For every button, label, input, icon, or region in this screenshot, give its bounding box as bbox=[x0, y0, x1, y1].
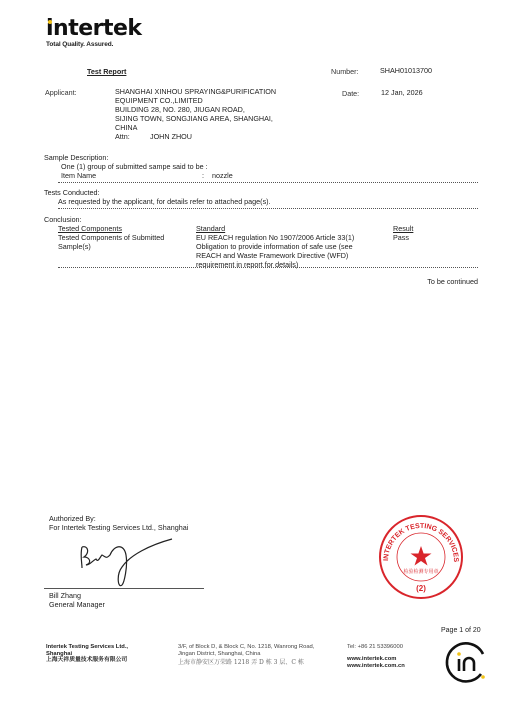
divider bbox=[58, 208, 478, 209]
sample-heading: Sample Description: bbox=[44, 153, 108, 162]
signatory-name: Bill Zhang bbox=[49, 591, 81, 600]
result-cell: Pass bbox=[393, 233, 453, 242]
divider bbox=[58, 182, 478, 183]
column-header-standard: Standard bbox=[196, 224, 396, 233]
logo-text: intertek bbox=[46, 16, 142, 41]
applicant-line: EQUIPMENT CO.,LIMITED bbox=[115, 96, 276, 105]
applicant-address: SHANGHAI XINHOU SPRAYING&PURIFICATION EQ… bbox=[115, 87, 276, 141]
sample-line: One (1) group of submitted sampe said to… bbox=[61, 162, 208, 171]
column-header-components: Tested Components bbox=[58, 224, 198, 233]
footer-company: Intertek Testing Services Ltd., Shanghai… bbox=[46, 644, 128, 664]
svg-text:(2): (2) bbox=[416, 584, 426, 593]
standard-cell: EU REACH regulation No 1907/2006 Article… bbox=[196, 233, 396, 269]
applicant-label: Applicant: bbox=[45, 88, 77, 97]
page-number: Page 1 of 20 bbox=[441, 627, 481, 636]
company-seal: INTERTEK TESTING SERVICES LTD., SHANGHAI… bbox=[378, 513, 464, 601]
attn-value: JOHN ZHOU bbox=[150, 132, 192, 141]
signature-line bbox=[44, 588, 204, 589]
number-label: Number: bbox=[331, 67, 359, 76]
signatory-title: General Manager bbox=[49, 600, 105, 609]
attn-row: Attn:JOHN ZHOU bbox=[115, 132, 276, 141]
conclusion-heading: Conclusion: bbox=[44, 215, 82, 224]
intertek-in-icon bbox=[443, 640, 489, 686]
web-link-cn[interactable]: www.intertek.com.cn bbox=[347, 663, 405, 670]
footer-address: 3/F, of Block D, & Block C, No. 1218, Wa… bbox=[178, 644, 314, 667]
tests-heading: Tests Conducted: bbox=[44, 188, 100, 197]
logo-accent-dot bbox=[48, 20, 52, 24]
authorized-org: For Intertek Testing Services Ltd., Shan… bbox=[49, 523, 188, 532]
authorized-by-heading: Authorized By: bbox=[49, 514, 96, 523]
divider bbox=[58, 267, 478, 268]
date-label: Date: bbox=[342, 89, 359, 98]
report-number: SHAH01013700 bbox=[380, 66, 432, 75]
to-be-continued: To be continued bbox=[427, 277, 478, 286]
tests-line: As requested by the applicant, for detai… bbox=[58, 197, 271, 206]
column-header-result: Result bbox=[393, 224, 453, 233]
signature bbox=[70, 535, 180, 590]
report-date: 12 Jan, 2026 bbox=[381, 88, 423, 97]
applicant-line: SHANGHAI XINHOU SPRAYING&PURIFICATION bbox=[115, 87, 276, 96]
item-name-separator: : bbox=[202, 171, 204, 180]
svg-text:检验检测专用章: 检验检测专用章 bbox=[403, 568, 438, 575]
item-name-value: nozzle bbox=[212, 171, 233, 180]
intertek-logo: intertek Total Quality. Assured. bbox=[46, 18, 142, 49]
logo-tagline: Total Quality. Assured. bbox=[46, 41, 142, 49]
attn-label: Attn: bbox=[115, 132, 150, 141]
applicant-line: SIJING TOWN, SONGJIANG AREA, SHANGHAI, bbox=[115, 114, 276, 123]
logo-wordmark: intertek bbox=[46, 18, 142, 40]
footer-web: www.intertek.com www.intertek.com.cn bbox=[347, 656, 405, 669]
web-link[interactable]: www.intertek.com bbox=[347, 656, 405, 663]
applicant-line: CHINA bbox=[115, 123, 276, 132]
report-title: Test Report bbox=[87, 67, 126, 76]
item-name-label: Item Name bbox=[61, 171, 96, 180]
tested-component-cell: Tested Components of Submitted Sample(s) bbox=[58, 233, 198, 251]
footer-tel: Tel: +86 21 53396000 bbox=[347, 644, 403, 651]
applicant-line: BUILDING 28, NO. 280, JIUGAN ROAD, bbox=[115, 105, 276, 114]
